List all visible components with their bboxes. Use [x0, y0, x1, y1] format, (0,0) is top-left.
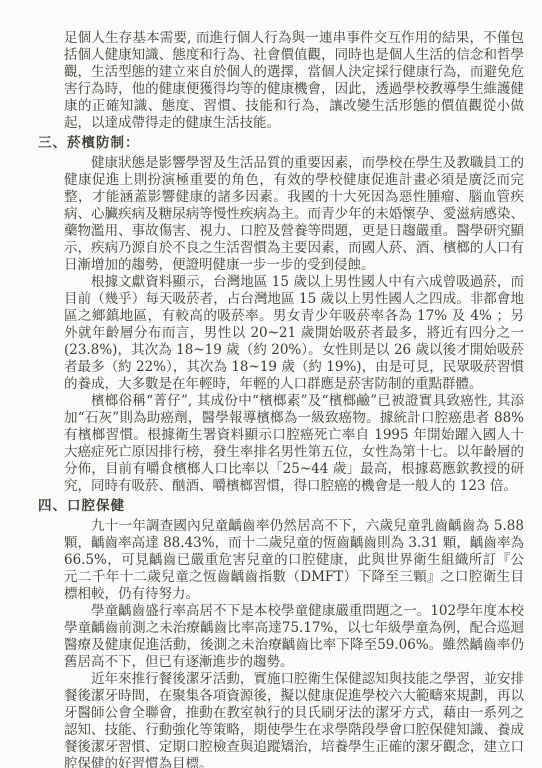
section-oral-health: 四、口腔保健 九十一年調查國內兒童齲齒率仍然居高不下，六歲兒童乳齒齲齒為 5.8…	[38, 498, 524, 768]
paragraph-health-status-factors: 健康狀態是影響學習及生活品質的重要因素，而學校在學生及教職員工的健康促進上則扮演…	[64, 155, 524, 274]
paragraph-school-caries-rate: 學童齲齒盛行率高居不下是本校學童健康嚴重問題之一。102學年度本校學童齲齒前測之…	[64, 603, 524, 671]
section-heading-oral-health: 四、口腔保健	[38, 498, 524, 515]
paragraph-children-caries-survey: 九十一年調查國內兒童齲齒率仍然居高不下，六歲兒童乳齒齲齒為 5.88顆，齲齒率高…	[64, 518, 524, 603]
paragraph-teeth-cleaning-program: 近年來推行餐後潔牙活動，實施口腔衛生保健認知與技能之學習，並安排餐後潔牙時間，在…	[64, 671, 524, 768]
paragraph-intro-lifestyle: 足個人生存基本需要, 而進行個人行為與一連串事件交互作用的結果，不僅包括個人健康…	[64, 30, 524, 132]
section-tobacco-betel-prevention: 三、菸檳防制： 健康狀態是影響學習及生活品質的重要因素，而學校在學生及教職員工的…	[38, 135, 524, 495]
paragraph-betel-nut-cancer-risk: 檳榔俗稱“菁仔”, 其成份中“檳榔素”及“檳榔鹼”已被證實具致癌性, 其添加“石…	[64, 393, 524, 495]
paragraph-smoking-statistics: 根據文獻資料顯示，台灣地區 15 歲以上男性國人中有六成曾吸過菸，而目前（幾乎）…	[64, 274, 524, 393]
document-page: 足個人生存基本需要, 而進行個人行為與一連串事件交互作用的結果，不僅包括個人健康…	[0, 0, 542, 768]
section-heading-tobacco-betel-prevention: 三、菸檳防制：	[38, 135, 524, 152]
